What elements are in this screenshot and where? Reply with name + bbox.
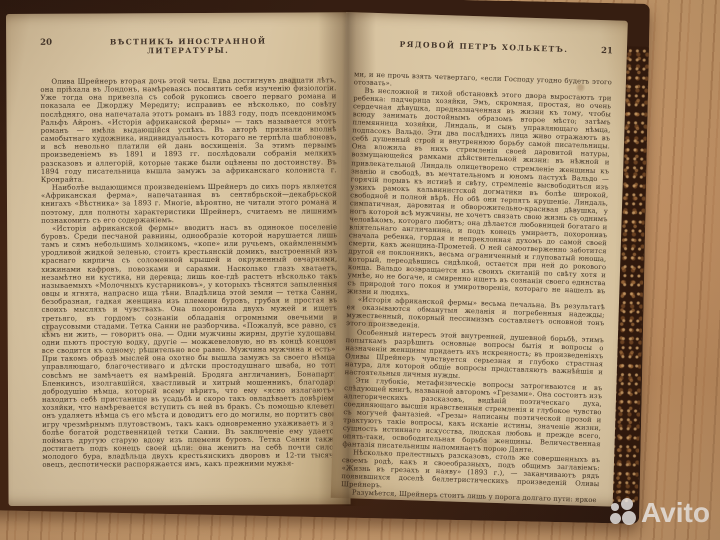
paragraph: «Исторія африканской фермы» вводитъ насъ… — [41, 223, 338, 469]
left-page-text: Олива Шрейнеръ вторая дочь этой четы. Ед… — [40, 76, 338, 469]
paragraph: Олива Шрейнеръ вторая дочь этой четы. Ед… — [40, 76, 337, 184]
paragraph: Наиболѣе выдающимся произведеніемъ Шрейн… — [41, 182, 337, 224]
right-page-number: 21 — [579, 45, 613, 56]
right-page: РЯДОВОЙ ПЕТРЪ ХОЛЬКЕТЪ. 21 ми, и не проч… — [331, 12, 628, 507]
paragraph: Особенный интересъ этой внутренней, душе… — [345, 328, 604, 384]
book-photo: 20 ВѢСТНИКЪ ИНОСТРАННОЙ ЛИТЕРАТУРЫ. Олив… — [0, 0, 720, 540]
right-page-text: ми, и не прочь взять четвертаго, «если Г… — [341, 70, 612, 504]
left-page-number: 20 — [40, 38, 74, 48]
paragraph: Въ несложной и тихой обстановкѣ этого дв… — [347, 86, 611, 303]
left-running-head: 20 ВѢСТНИКЪ ИНОСТРАННОЙ ЛИТЕРАТУРЫ. — [40, 36, 336, 56]
right-running-title: РЯДОВОЙ ПЕТРЪ ХОЛЬКЕТЪ. — [389, 39, 579, 54]
left-running-title: ВѢСТНИКЪ ИНОСТРАННОЙ ЛИТЕРАТУРЫ. — [74, 36, 302, 55]
paragraph: Эти глубокіе, метафизическіе вопросы зат… — [342, 376, 602, 456]
right-running-head: РЯДОВОЙ ПЕТРЪ ХОЛЬКЕТЪ. 21 — [355, 38, 613, 56]
left-page: 20 ВѢСТНИКЪ ИНОСТРАННОЙ ЛИТЕРАТУРЫ. Олив… — [6, 12, 351, 506]
right-head-spacer — [355, 45, 389, 46]
